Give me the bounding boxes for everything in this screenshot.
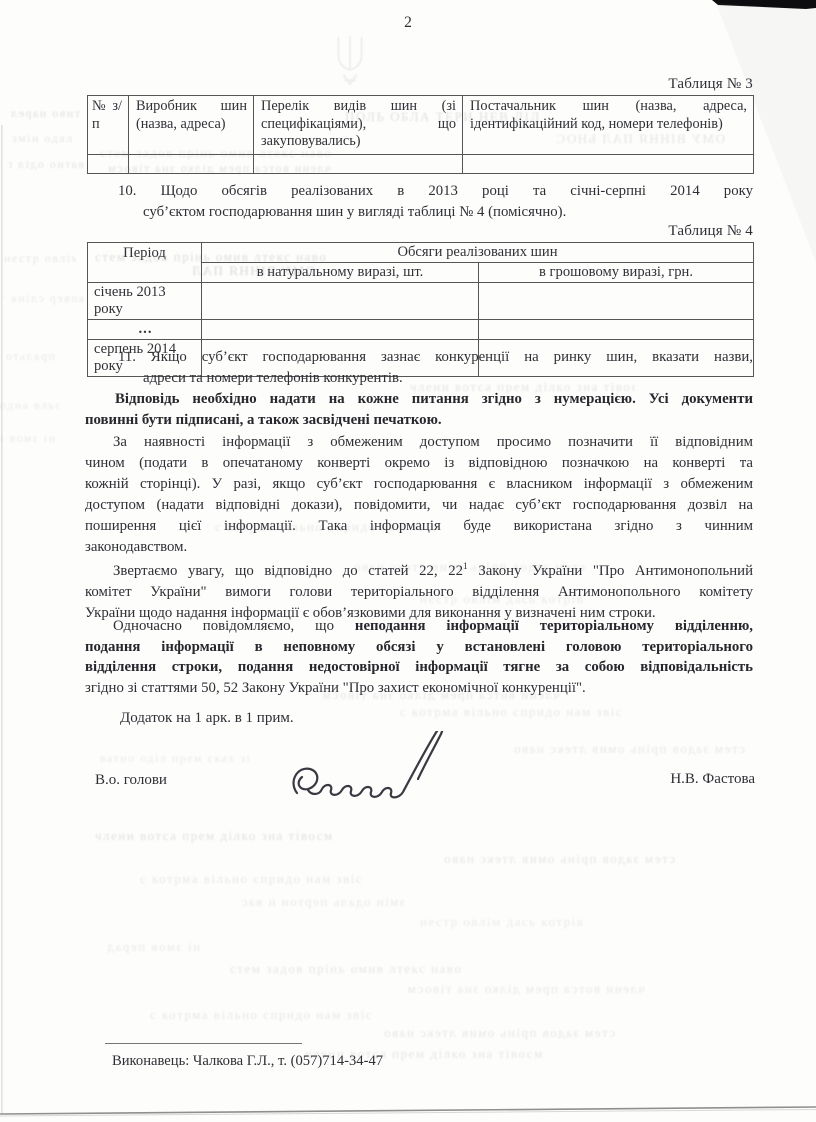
text-line: суб’єктом господарювання шин у вигляді т… bbox=[143, 202, 753, 223]
text-line: 10. Щодо обсягів реалізованих в 2013 роц… bbox=[118, 181, 753, 202]
text-line: 11. Якщо суб’єкт господарювання зазнає к… bbox=[118, 347, 753, 368]
empty-cell bbox=[202, 320, 479, 340]
bleed-through-text: нестр овлім дась котрів bbox=[4, 251, 76, 266]
text-line: подання інформації в неповному обсязі у … bbox=[85, 637, 753, 658]
paragraph-attention: Звертаємо увагу, що відповідно до статей… bbox=[85, 557, 753, 624]
text-line: кожній сторінці). У разі, якщо суб’єкт г… bbox=[85, 474, 753, 495]
page-left-edge bbox=[1, 125, 3, 1113]
bleed-through-text: тиво нарел с поміж ані в bbox=[10, 106, 80, 121]
empty-cell bbox=[479, 283, 754, 320]
bleed-through-text: стем задов прінь омив лтекс наво bbox=[180, 1025, 615, 1041]
bleed-through-text: одна вльос тримег паво зб bbox=[0, 398, 60, 413]
text-line: За наявності інформації з обмеженим дост… bbox=[113, 432, 753, 453]
page-bottom-edge bbox=[0, 1107, 816, 1114]
paragraph-restricted-info: За наявності інформації з обмеженим дост… bbox=[85, 432, 753, 558]
empty-cell bbox=[479, 320, 754, 340]
table3-empty-row bbox=[88, 154, 754, 173]
empty-cell bbox=[88, 154, 129, 173]
table-row: ... bbox=[88, 320, 754, 340]
table4-money-header: в грошовому виразі, грн. bbox=[479, 263, 754, 283]
bleed-through-text: с котрма вільно спридо нам звіс bbox=[140, 871, 505, 887]
empty-cell bbox=[202, 283, 479, 320]
signatory-name: Н.В. Фастова bbox=[85, 771, 755, 788]
attachment-note: Додаток на 1 арк. в 1 прим. bbox=[120, 710, 294, 727]
bleed-through-text: с котрма вільно спридо нам звіс bbox=[150, 1007, 485, 1023]
empty-cell bbox=[129, 154, 254, 173]
text-line: Одночасно повідомляємо, що неподання інф… bbox=[113, 616, 753, 637]
paragraph-warning: Одночасно повідомляємо, що неподання інф… bbox=[85, 616, 753, 698]
table-row: січень 2013 року bbox=[88, 283, 754, 320]
footnote-rule bbox=[105, 1043, 302, 1044]
table4-natural-header: в натуральному виразі, шт. bbox=[202, 263, 479, 283]
table4-row-label: січень 2013 року bbox=[88, 283, 202, 320]
bleed-through-text: члени вотса прем ділко зна тівосм bbox=[260, 981, 645, 997]
text-line: адреси та номери телефонів конкурентів. bbox=[143, 368, 753, 389]
bleed-through-text: стем задов прінь омив лтекс наво bbox=[110, 851, 675, 867]
table4-volumes-header: Обсяги реалізованих шин bbox=[202, 243, 754, 263]
bleed-through-text: ковер сліна тьом перж ом bbox=[4, 291, 84, 306]
table3-header-num: № з/п bbox=[88, 96, 129, 155]
text-line: згідно зі статтями 50, 52 Закону України… bbox=[85, 678, 753, 699]
table3-header-producer: Виробник шин (назва, адреса) bbox=[129, 96, 254, 155]
bleed-through-text: нестр овлім дась котрів bbox=[420, 914, 605, 930]
bleed-through-text: стем задов прінь омив лтекс наво bbox=[230, 961, 655, 977]
scan-corner-mark bbox=[712, 0, 816, 9]
empty-cell bbox=[254, 154, 463, 173]
table3-header-supplier: Постачальник шин (назва, адреса, ідентиф… bbox=[463, 96, 754, 155]
text-line: Звертаємо увагу, що відповідно до статей… bbox=[113, 557, 753, 582]
text-line: чином (подати в опечатаному конверті окр… bbox=[85, 453, 753, 474]
text-line: законодавством. bbox=[85, 537, 753, 558]
paragraph-item-11: 11. Якщо суб’єкт господарювання зазнає к… bbox=[85, 347, 753, 389]
table3-header-list: Перелік видів шин (зі специфікаціями), щ… bbox=[254, 96, 463, 155]
text-line: відділення строки, подання недостовірної… bbox=[85, 657, 753, 678]
scanned-document-page: 2 Таблиця № 3 № з/п Виробник шин (назва,… bbox=[0, 0, 816, 1122]
bleed-through-text: змін одаль пертои н вас bbox=[170, 894, 405, 910]
paragraph-item-10: 10. Щодо обсягів реалізованих в 2013 роц… bbox=[85, 181, 753, 223]
bleed-through-text: ні змов перад ост bbox=[105, 939, 200, 955]
text-line: поширення цієї інформації. Така інформац… bbox=[85, 516, 753, 537]
bleed-through-text: пральто звем оцін вар bbox=[0, 349, 55, 364]
bleed-through-text: с котрма вільно спридо нам звіс bbox=[400, 704, 695, 720]
bleed-through-text: стем задов прінь омив лтекс наво bbox=[470, 741, 745, 757]
text-line: комітет України" вимоги голови територіа… bbox=[85, 582, 753, 603]
paragraph-notice-bold: Відповідь необхідно надати на кожне пита… bbox=[85, 389, 753, 431]
bleed-through-text: члени вотса прем ділко зна тівосм bbox=[95, 828, 740, 844]
table-3: № з/п Виробник шин (назва, адреса) Перел… bbox=[87, 95, 754, 174]
table3-label: Таблиця № 3 bbox=[85, 76, 753, 93]
table4-label: Таблиця № 4 bbox=[85, 223, 753, 240]
table3-header-row: № з/п Виробник шин (назва, адреса) Перел… bbox=[88, 96, 754, 155]
bleed-through-text: ватно оділ прем сках зі bbox=[8, 157, 84, 172]
bleed-through-text: змін одаль пертои н вас bbox=[12, 131, 74, 146]
table4-header-row: Період Обсяги реалізованих шин bbox=[88, 243, 754, 263]
text-line: доступом (надати відповідні докази), пов… bbox=[85, 495, 753, 516]
table4-row-label: ... bbox=[88, 320, 202, 340]
text-line: повинні бути підписані, а також засвідче… bbox=[85, 410, 753, 431]
table4-period-header: Період bbox=[88, 243, 202, 283]
page-number: 2 bbox=[0, 14, 816, 32]
text-line: Відповідь необхідно надати на кожне пита… bbox=[115, 389, 753, 410]
bleed-through-text: ні змов перад ост bbox=[0, 431, 55, 446]
executor-line: Виконавець: Чалкова Г.Л., т. (057)714-34… bbox=[112, 1053, 383, 1070]
empty-cell bbox=[463, 154, 754, 173]
bleed-through-text: ватно оділ прем сках зі bbox=[100, 751, 285, 766]
